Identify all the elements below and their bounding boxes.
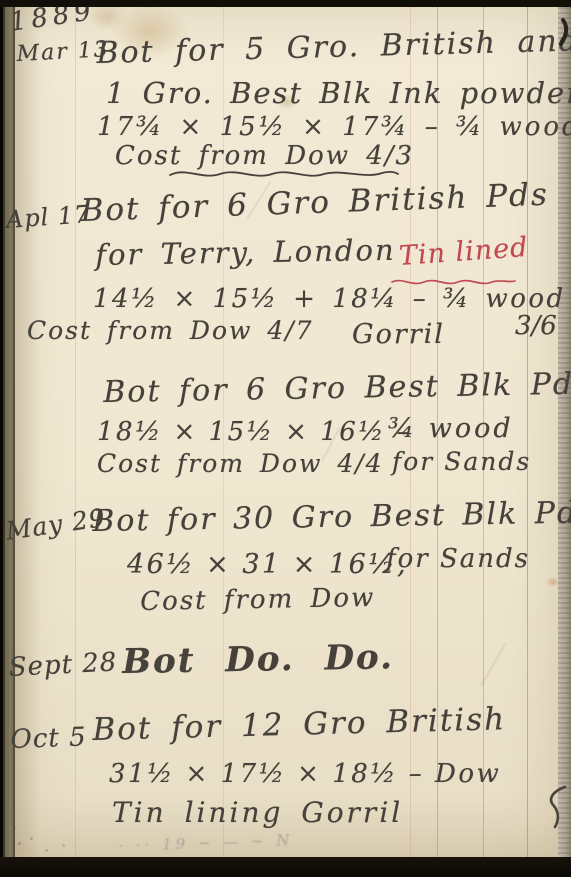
entry-date: Apl 17 [5,200,91,234]
entry-dimensions: 46½ × 31 × 16½, [127,549,408,580]
entry-dimensions: 17¾ × 15½ × 17¾ – ¾ wood [97,112,571,142]
stray-ink-mark [558,18,570,46]
entry-supplier: Gorril [352,319,445,350]
stray-ink-mark [545,784,569,830]
entry-customer: for Sands [386,544,530,574]
entry-material: ¾ wood [388,413,514,444]
entry-cost-line: Cost from Dow 4/7 [27,316,314,345]
entry-text-line: Tin lining Gorril [112,796,403,829]
entry-text-line: for Terry, London [95,233,396,272]
entry-cost-line: Cost from Dow [140,583,375,617]
entry-dimensions: 14½ × 15½ + 18¼ – ¾ wood [93,284,566,314]
ledger-page-photo: 1889 Mar 13 Bot for 5 Gro. British and 1… [0,0,571,877]
entry-dimensions: 31½ × 17½ × 18½ – Dow [109,759,501,789]
foxing-spots [18,842,21,845]
entry-cost-line: Cost from Dow 4/4 [97,449,384,478]
entry-text-line: Bot Do. Do. [122,637,394,682]
entry-price: 3/6 [515,311,557,341]
flourish-underline [168,165,400,183]
entry-date: Sept 28 [8,647,118,683]
entry-customer: for Sands [392,447,531,476]
entry-dimensions: 18½ × 15½ × 16½ – [97,417,412,447]
entry-date: Oct 5 [10,722,87,755]
photo-border-top [0,0,571,7]
photo-border-bottom [0,857,571,877]
entry-text-line: 1 Gro. Best Blk Ink powders [106,76,571,110]
